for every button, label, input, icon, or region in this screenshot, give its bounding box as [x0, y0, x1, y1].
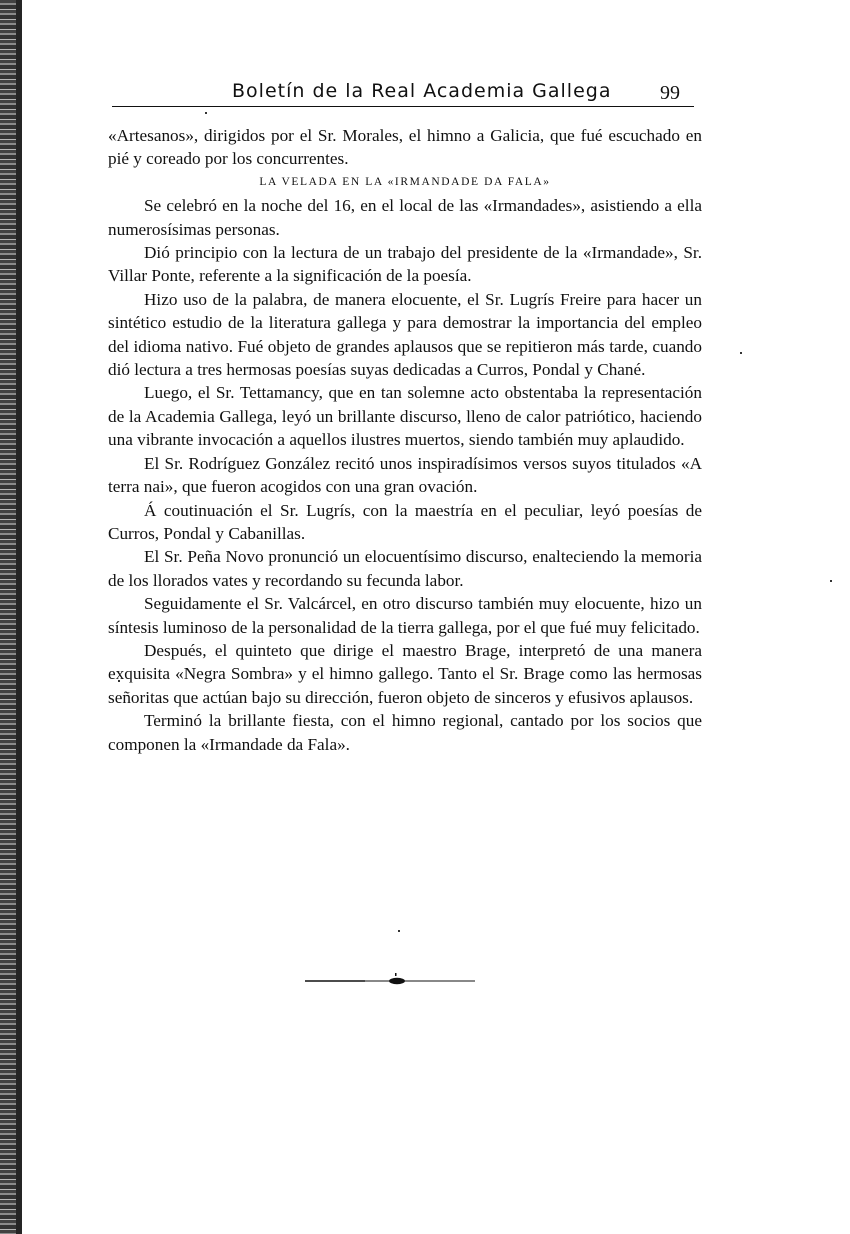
- running-head: Boletín de la Real Academia Gallega 99: [112, 78, 694, 107]
- paragraph: Terminó la brillante fiesta, con el himn…: [108, 709, 702, 756]
- paragraph: Se celebró en la noche del 16, en el loc…: [108, 194, 702, 241]
- paragraph: Luego, el Sr. Tettamancy, que en tan sol…: [108, 381, 702, 451]
- paragraph: Después, el quinteto que dirige el maest…: [108, 639, 702, 709]
- paragraph: El Sr. Rodríguez González recitó unos in…: [108, 452, 702, 499]
- print-speck: [205, 112, 207, 114]
- paragraph: Seguidamente el Sr. Valcárcel, en otro d…: [108, 592, 702, 639]
- paragraph: Hizo uso de la palabra, de manera elocue…: [108, 288, 702, 382]
- tailpiece-rule-icon: [305, 972, 485, 988]
- book-binding-edge: [0, 0, 22, 1234]
- print-speck: [398, 930, 400, 932]
- paragraph: Dió principio con la lectura de un traba…: [108, 241, 702, 288]
- section-heading: LA VELADA EN LA «IRMANDADE DA FALA»: [108, 171, 702, 194]
- print-speck: [740, 352, 742, 354]
- paragraph: Á coutinuación el Sr. Lugrís, con la mae…: [108, 499, 702, 546]
- print-speck: [830, 580, 832, 582]
- body-text: «Artesanos», dirigidos por el Sr. Morale…: [108, 124, 702, 756]
- paragraph: El Sr. Peña Novo pronunció un elocuentís…: [108, 545, 702, 592]
- running-title: Boletín de la Real Academia Gallega: [232, 80, 611, 102]
- print-speck: [118, 680, 120, 682]
- page-number: 99: [660, 82, 680, 105]
- continuation-paragraph: «Artesanos», dirigidos por el Sr. Morale…: [108, 124, 702, 171]
